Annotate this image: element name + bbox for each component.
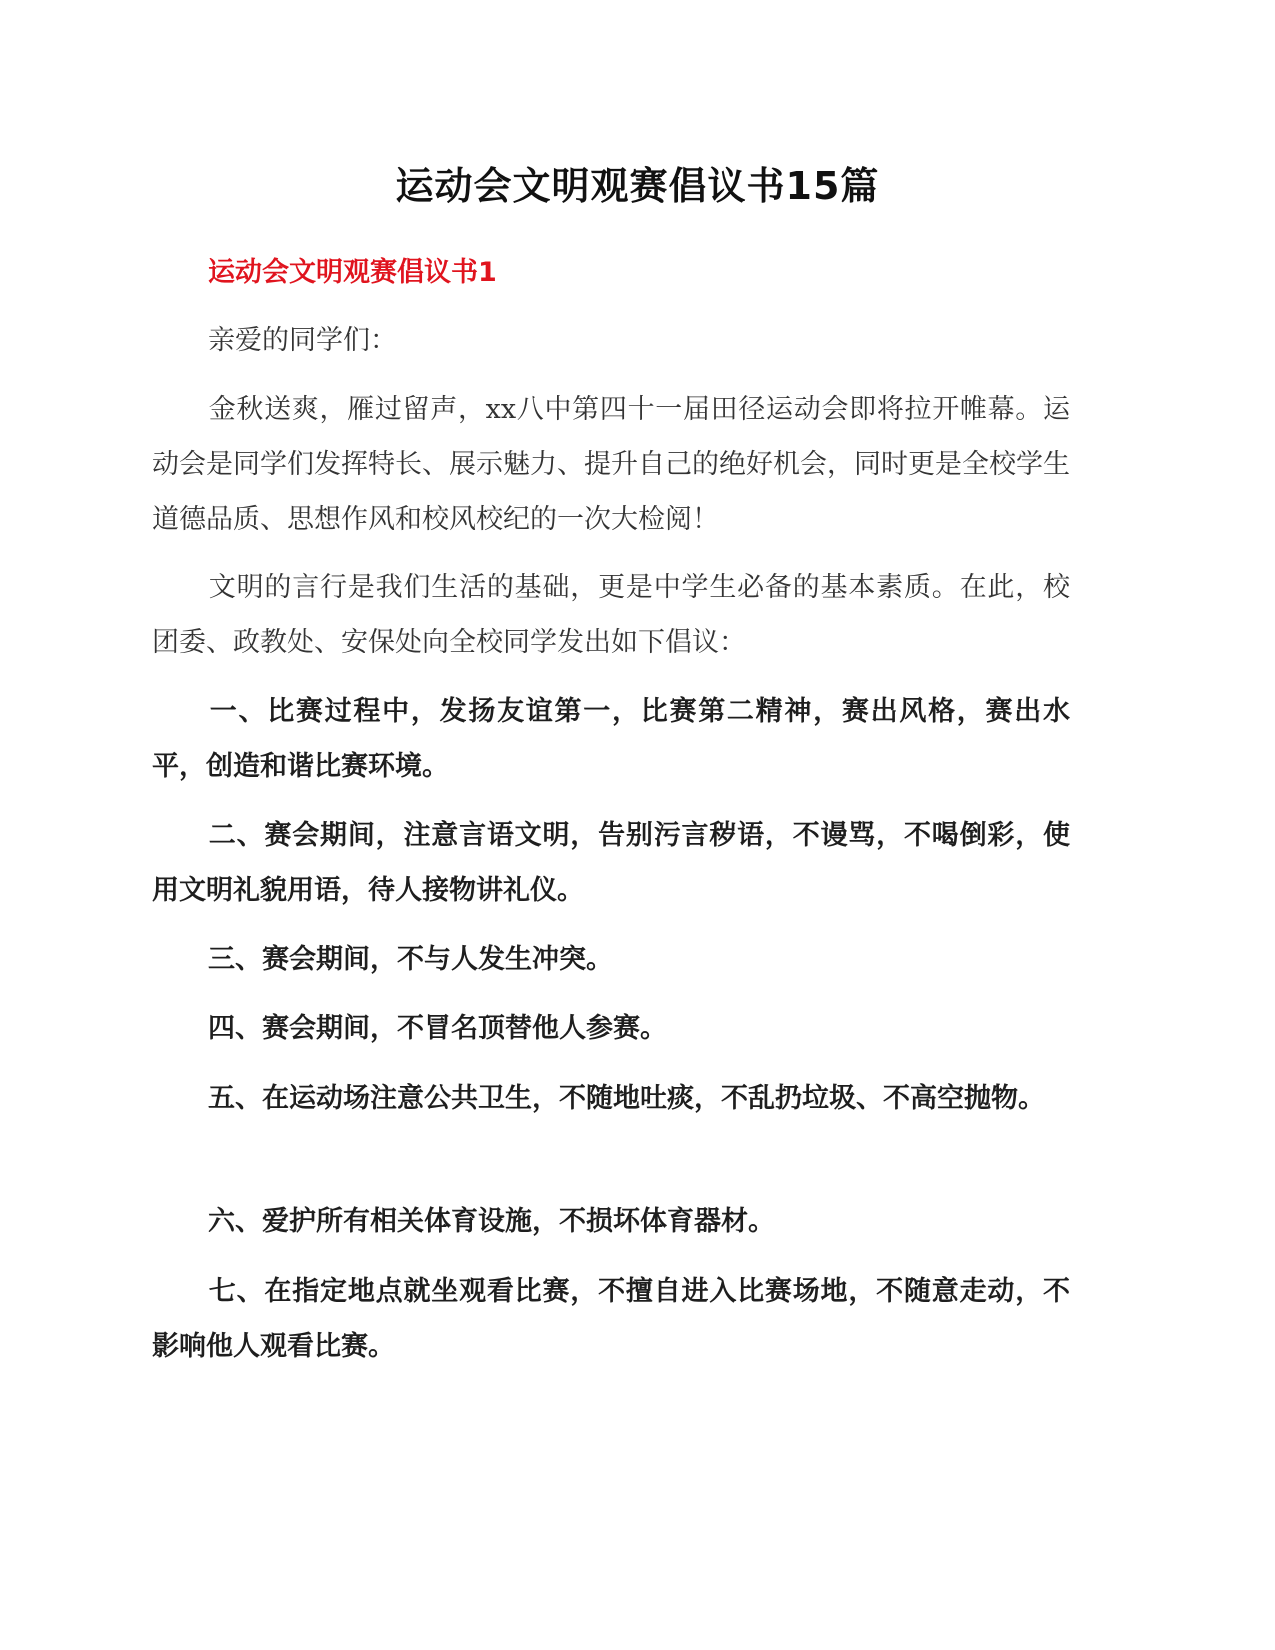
proposal-text: 一、比赛过程中，发扬友谊第一，比赛第二精神，赛出风格，赛出水平，创造和谐比赛环境… [152,696,1070,782]
document-title: 运动会文明观赛倡议书15篇 [0,162,1275,210]
proposal-item-1: 一、比赛过程中，发扬友谊第一，比赛第二精神，赛出风格，赛出水平，创造和谐比赛环境… [152,684,1070,794]
proposal-text: 二、赛会期间，注意言语文明，告别污言秽语，不谩骂，不喝倒彩，使用文明礼貌用语，待… [152,820,1070,906]
proposal-text: 七、在指定地点就坐观看比赛，不擅自进入比赛场地，不随意走动，不影响他人观看比赛。 [152,1276,1070,1362]
paragraph-text: 亲爱的同学们： [208,325,397,356]
proposal-text: 四、赛会期间，不冒名顶替他人参赛。 [208,1013,667,1044]
proposal-text: 六、爱护所有相关体育设施，不损坏体育器材。 [208,1206,775,1237]
proposal-text: 五、在运动场注意公共卫生，不随地吐痰，不乱扔垃圾、不高空抛物。 [208,1083,1045,1114]
proposal-item-7: 七、在指定地点就坐观看比赛，不擅自进入比赛场地，不随意走动，不影响他人观看比赛。 [152,1264,1070,1374]
proposal-item-2: 二、赛会期间，注意言语文明，告别污言秽语，不谩骂，不喝倒彩，使用文明礼貌用语，待… [152,808,1070,918]
proposal-item-3: 三、赛会期间，不与人发生冲突。 [152,932,1070,987]
proposal-text: 三、赛会期间，不与人发生冲突。 [208,944,613,975]
document-page: 运动会文明观赛倡议书15篇 运动会文明观赛倡议书1 亲爱的同学们： 金秋送爽，雁… [0,0,1275,1650]
proposal-item-6: 六、爱护所有相关体育设施，不损坏体育器材。 [152,1194,1070,1249]
proposal-item-4: 四、赛会期间，不冒名顶替他人参赛。 [152,1001,1070,1056]
section-heading: 运动会文明观赛倡议书1 [208,256,497,290]
paragraph-text: 文明的言行是我们生活的基础，更是中学生必备的基本素质。在此，校团委、政教处、安保… [152,572,1070,658]
paragraph-salutation: 亲爱的同学们： [152,313,1070,368]
paragraph-text: 金秋送爽，雁过留声，xx八中第四十一届田径运动会即将拉开帷幕。运动会是同学们发挥… [152,394,1070,535]
paragraph-intro: 金秋送爽，雁过留声，xx八中第四十一届田径运动会即将拉开帷幕。运动会是同学们发挥… [152,382,1070,547]
paragraph-call: 文明的言行是我们生活的基础，更是中学生必备的基本素质。在此，校团委、政教处、安保… [152,560,1070,670]
proposal-item-5: 五、在运动场注意公共卫生，不随地吐痰，不乱扔垃圾、不高空抛物。 [152,1071,1070,1126]
